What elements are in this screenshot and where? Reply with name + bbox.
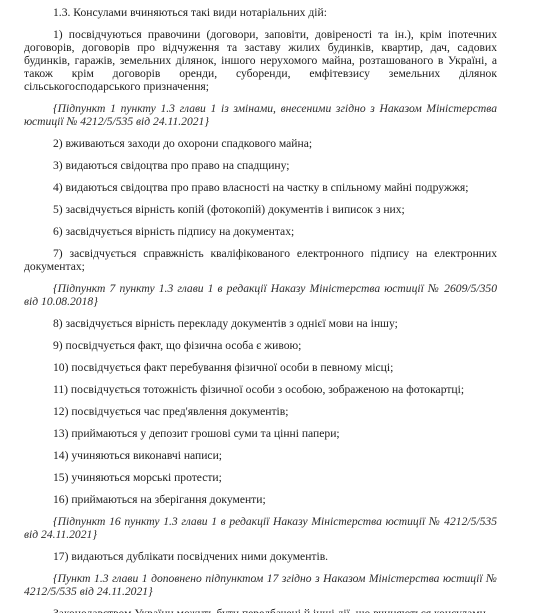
paragraph-list: 1) посвідчуються правочини (договори, за… <box>24 28 497 613</box>
list-item: 4) видаються свідоцтва про право власнос… <box>24 181 497 194</box>
amendment-note: {Підпункт 1 пункту 1.3 глави 1 із змінам… <box>24 102 497 128</box>
list-item: 13) приймаються у депозит грошові суми т… <box>24 427 497 440</box>
document-body: 1.3. Консулами вчиняються такі види нота… <box>0 0 535 613</box>
list-item: 1) посвідчуються правочини (договори, за… <box>24 28 497 93</box>
list-item: 3) видаються свідоцтва про право на спад… <box>24 159 497 172</box>
list-item: 15) учиняються морські протести; <box>24 471 497 484</box>
list-item: 11) посвідчується тотожність фізичної ос… <box>24 383 497 396</box>
amendment-note: {Підпункт 7 пункту 1.3 глави 1 в редакці… <box>24 282 497 308</box>
amendment-note: {Пункт 1.3 глави 1 доповнено підпунктом … <box>24 572 497 598</box>
list-item: 2) вживаються заходи до охорони спадково… <box>24 137 497 150</box>
list-item: 5) засвідчується вірність копій (фотокоп… <box>24 203 497 216</box>
list-item: Законодавством України можуть бути перед… <box>24 607 497 613</box>
list-item: 7) засвідчується справжність кваліфікова… <box>24 247 497 273</box>
list-item: 14) учиняються виконавчі написи; <box>24 449 497 462</box>
list-item: 8) засвідчується вірність перекладу доку… <box>24 317 497 330</box>
list-item: 9) посвідчується факт, що фізична особа … <box>24 339 497 352</box>
list-item: 6) засвідчується вірність підпису на док… <box>24 225 497 238</box>
list-item: 17) видаються дублікати посвідчених ними… <box>24 550 497 563</box>
section-intro: 1.3. Консулами вчиняються такі види нота… <box>24 6 497 19</box>
list-item: 10) посвідчується факт перебування фізич… <box>24 361 497 374</box>
list-item: 12) посвідчується час пред'явлення докум… <box>24 405 497 418</box>
list-item: 16) приймаються на зберігання документи; <box>24 493 497 506</box>
amendment-note: {Підпункт 16 пункту 1.3 глави 1 в редакц… <box>24 515 497 541</box>
